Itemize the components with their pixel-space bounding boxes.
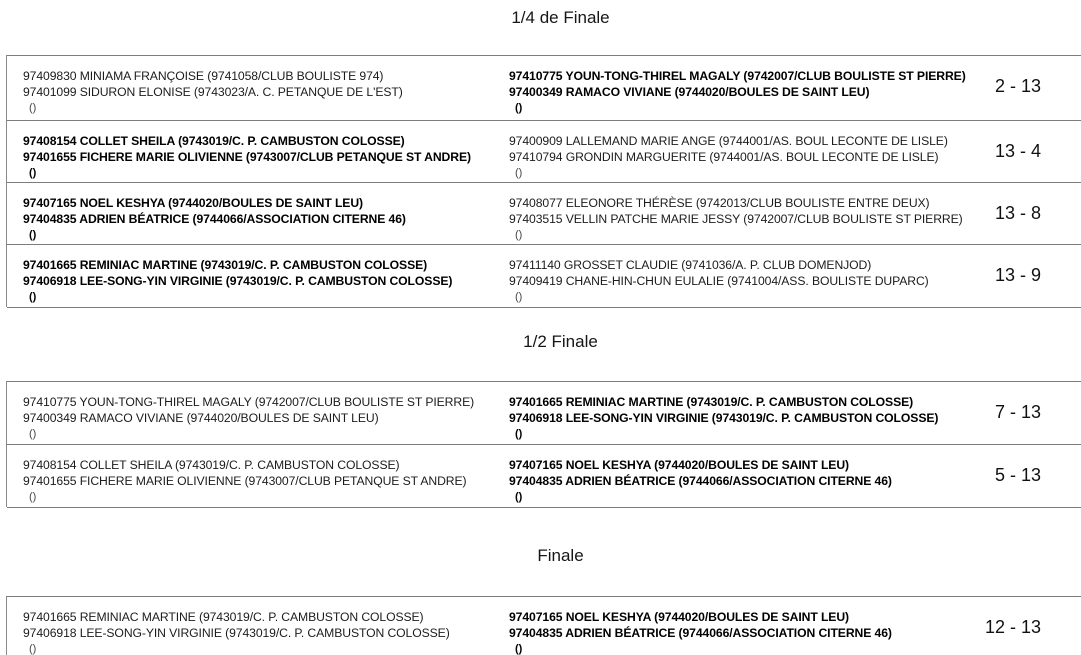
team-left: 97407165 NOEL KESHYA (9744020/BOULES DE … — [23, 195, 406, 243]
player-entry: 97401665 REMINIAC MARTINE (9743019/C. P.… — [509, 394, 938, 410]
team-left: 97408154 COLLET SHEILA (9743019/C. P. CA… — [23, 457, 466, 505]
team-right: 97411140 GROSSET CLAUDIE (9741036/A. P. … — [509, 257, 929, 305]
player-entry: 97400909 LALLEMAND MARIE ANGE (9744001/A… — [509, 133, 948, 149]
team-note: () — [23, 227, 406, 243]
match-row: 97401665 REMINIAC MARTINE (9743019/C. P.… — [7, 596, 1081, 655]
team-note: () — [23, 641, 450, 655]
round-title-final: Finale — [0, 546, 1081, 566]
match-row: 97401665 REMINIAC MARTINE (9743019/C. P.… — [7, 244, 1081, 308]
team-left: 97408154 COLLET SHEILA (9743019/C. P. CA… — [23, 133, 471, 181]
team-right: 97401665 REMINIAC MARTINE (9743019/C. P.… — [509, 394, 938, 442]
match-row: 97407165 NOEL KESHYA (9744020/BOULES DE … — [7, 182, 1081, 245]
match-row: 97409830 MINIAMA FRANÇOISE (9741058/CLUB… — [7, 55, 1081, 121]
team-right: 97400909 LALLEMAND MARIE ANGE (9744001/A… — [509, 133, 948, 181]
semi-final-matches: 97410775 YOUN-TONG-THIREL MAGALY (974200… — [6, 381, 1081, 507]
player-entry: 97401099 SIDURON ELONISE (9743023/A. C. … — [23, 84, 403, 100]
match-score: 13 - 4 — [995, 141, 1041, 162]
team-note: () — [23, 100, 403, 116]
team-note: () — [509, 641, 892, 655]
player-entry: 97400349 RAMACO VIVIANE (9744020/BOULES … — [23, 410, 474, 426]
match-row: 97410775 YOUN-TONG-THIREL MAGALY (974200… — [7, 381, 1081, 445]
player-entry: 97408077 ELEONORE THÉRÈSE (9742013/CLUB … — [509, 195, 963, 211]
match-score: 5 - 13 — [995, 465, 1041, 486]
match-row: 97408154 COLLET SHEILA (9743019/C. P. CA… — [7, 120, 1081, 183]
player-entry: 97404835 ADRIEN BÉATRICE (9744066/ASSOCI… — [23, 211, 406, 227]
round-title-quarter-final: 1/4 de Finale — [0, 8, 1081, 28]
final-matches: 97401665 REMINIAC MARTINE (9743019/C. P.… — [6, 596, 1081, 655]
team-left: 97401665 REMINIAC MARTINE (9743019/C. P.… — [23, 609, 450, 655]
team-left: 97410775 YOUN-TONG-THIREL MAGALY (974200… — [23, 394, 474, 442]
team-note: () — [509, 100, 966, 116]
round-title-semi-final: 1/2 Finale — [0, 332, 1081, 352]
player-entry: 97410794 GRONDIN MARGUERITE (9744001/AS.… — [509, 149, 948, 165]
team-note: () — [509, 227, 963, 243]
player-entry: 97410775 YOUN-TONG-THIREL MAGALY (974200… — [509, 68, 966, 84]
player-entry: 97401665 REMINIAC MARTINE (9743019/C. P.… — [23, 257, 452, 273]
team-note: () — [23, 289, 452, 305]
team-right: 97408077 ELEONORE THÉRÈSE (9742013/CLUB … — [509, 195, 963, 243]
quarter-final-matches: 97409830 MINIAMA FRANÇOISE (9741058/CLUB… — [6, 55, 1081, 307]
team-right: 97407165 NOEL KESHYA (9744020/BOULES DE … — [509, 457, 892, 505]
team-right: 97410775 YOUN-TONG-THIREL MAGALY (974200… — [509, 68, 966, 116]
team-note: () — [23, 165, 471, 181]
player-entry: 97406918 LEE-SONG-YIN VIRGINIE (9743019/… — [23, 273, 452, 289]
player-entry: 97403515 VELLIN PATCHE MARIE JESSY (9742… — [509, 211, 963, 227]
match-score: 12 - 13 — [985, 617, 1041, 638]
player-entry: 97401655 FICHERE MARIE OLIVIENNE (974300… — [23, 473, 466, 489]
match-score: 2 - 13 — [995, 76, 1041, 97]
team-note: () — [509, 289, 929, 305]
team-note: () — [509, 489, 892, 505]
match-score: 13 - 9 — [995, 265, 1041, 286]
player-entry: 97407165 NOEL KESHYA (9744020/BOULES DE … — [509, 457, 892, 473]
team-right: 97407165 NOEL KESHYA (9744020/BOULES DE … — [509, 609, 892, 655]
player-entry: 97411140 GROSSET CLAUDIE (9741036/A. P. … — [509, 257, 929, 273]
team-left: 97409830 MINIAMA FRANÇOISE (9741058/CLUB… — [23, 68, 403, 116]
player-entry: 97401665 REMINIAC MARTINE (9743019/C. P.… — [23, 609, 450, 625]
team-note: () — [509, 426, 938, 442]
player-entry: 97406918 LEE-SONG-YIN VIRGINIE (9743019/… — [23, 625, 450, 641]
team-note: () — [23, 489, 466, 505]
match-score: 13 - 8 — [995, 203, 1041, 224]
team-left: 97401665 REMINIAC MARTINE (9743019/C. P.… — [23, 257, 452, 305]
player-entry: 97408154 COLLET SHEILA (9743019/C. P. CA… — [23, 457, 466, 473]
player-entry: 97410775 YOUN-TONG-THIREL MAGALY (974200… — [23, 394, 474, 410]
player-entry: 97406918 LEE-SONG-YIN VIRGINIE (9743019/… — [509, 410, 938, 426]
player-entry: 97409419 CHANE-HIN-CHUN EULALIE (9741004… — [509, 273, 929, 289]
player-entry: 97407165 NOEL KESHYA (9744020/BOULES DE … — [509, 609, 892, 625]
player-entry: 97401655 FICHERE MARIE OLIVIENNE (974300… — [23, 149, 471, 165]
match-row: 97408154 COLLET SHEILA (9743019/C. P. CA… — [7, 444, 1081, 508]
player-entry: 97407165 NOEL KESHYA (9744020/BOULES DE … — [23, 195, 406, 211]
player-entry: 97400349 RAMACO VIVIANE (9744020/BOULES … — [509, 84, 966, 100]
team-note: () — [509, 165, 948, 181]
player-entry: 97408154 COLLET SHEILA (9743019/C. P. CA… — [23, 133, 471, 149]
player-entry: 97409830 MINIAMA FRANÇOISE (9741058/CLUB… — [23, 68, 403, 84]
player-entry: 97404835 ADRIEN BÉATRICE (9744066/ASSOCI… — [509, 625, 892, 641]
match-score: 7 - 13 — [995, 402, 1041, 423]
team-note: () — [23, 426, 474, 442]
player-entry: 97404835 ADRIEN BÉATRICE (9744066/ASSOCI… — [509, 473, 892, 489]
